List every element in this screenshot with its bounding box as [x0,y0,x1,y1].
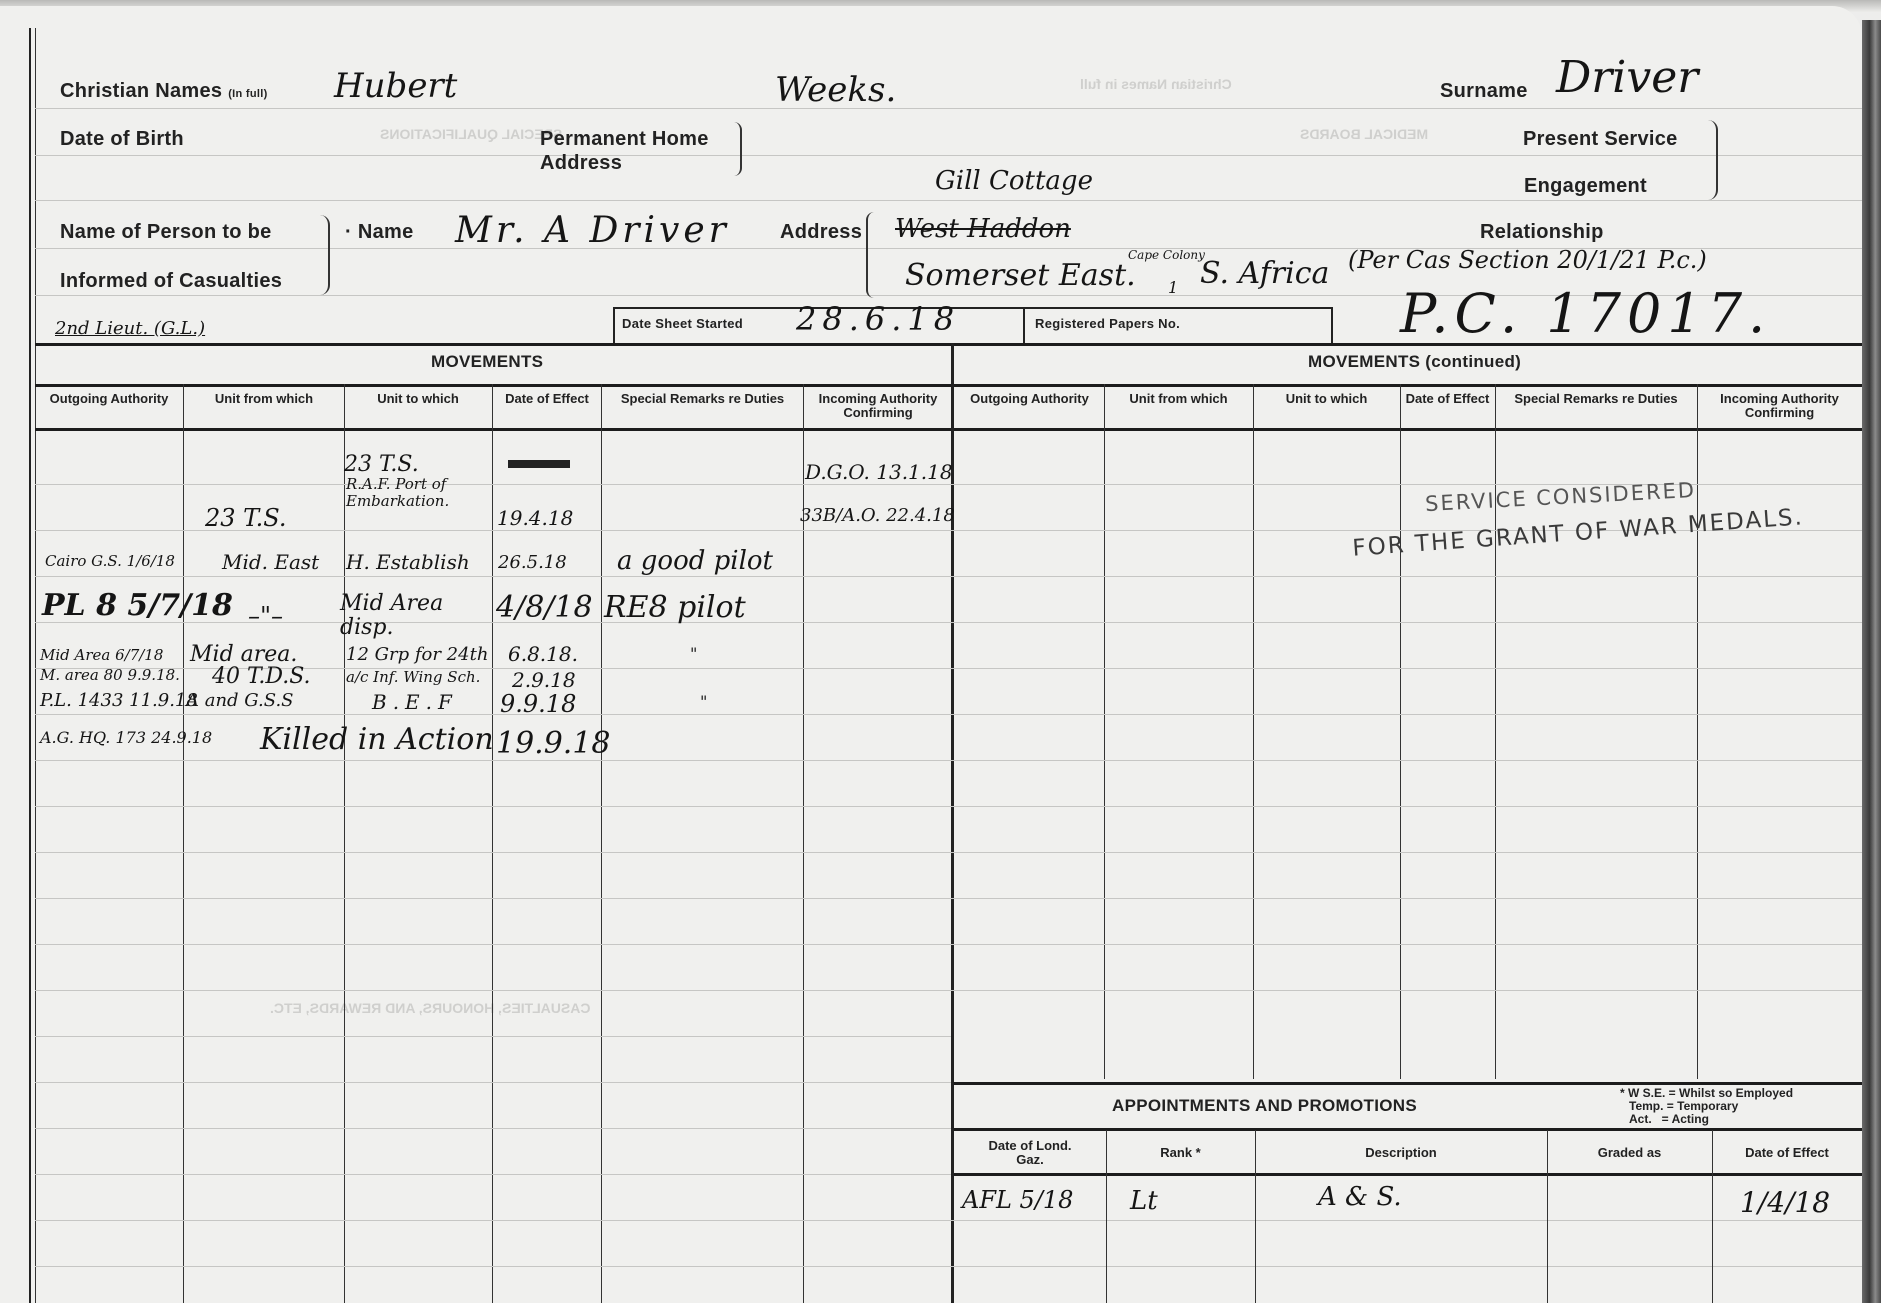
col-header-incoming: Incoming Authority Confirming [1697,392,1862,420]
col-header-graded: Graded as [1547,1146,1712,1160]
movement-unit-from: –"– [248,602,283,630]
brace [1708,120,1718,200]
movement-unit-from: Mid. East [222,550,319,574]
movement-remarks: " [690,644,697,663]
movement-remarks: RE8 pilot [604,590,746,625]
surname-label: Surname [1440,80,1528,103]
address-line-2: Somerset East. [905,258,1136,293]
brace [734,122,742,176]
movement-outgoing: A.G. HQ. 173 24.9.18 [40,728,212,747]
row-rule [35,714,1862,715]
row-rule [35,1082,951,1083]
col-header-incoming: Incoming Authority Confirming [805,392,951,420]
rank-legend: * W S.E. = Whilst so Employed Temp. = Te… [1620,1087,1793,1126]
movement-unit-to: Mid Area disp. [340,592,480,640]
surname-value: Driver [1556,52,1698,103]
name-label: · Name [345,221,414,244]
movements-title: MOVEMENTS [431,352,543,372]
address-struck: West Haddon [895,214,1071,244]
ghost-text: SPECIAL QUALIFICATIONS [380,126,562,142]
col-divider [601,384,602,1303]
registered-papers-label: Registered Papers No. [1035,316,1180,331]
row-rule [35,1266,1862,1267]
col-header-rank: Rank * [1106,1146,1255,1160]
registered-papers-value: P.C. 17017. [1400,282,1771,345]
row-rule [35,1128,951,1129]
movement-remarks: " [700,692,707,711]
christian-names-value: Hubert [334,66,457,106]
col-divider [1253,384,1254,1079]
address-line-2-cont: S. Africa [1200,256,1329,291]
appointments-rule [954,1173,1862,1176]
row-rule [35,1174,951,1175]
movement-date: 2.9.18 [512,668,576,692]
movement-unit-from: 23 T.S. [205,504,287,532]
appointments-rule [954,1082,1862,1085]
col-divider [1104,384,1105,1079]
movement-date: 4/8/18 [496,590,593,625]
movement-outgoing: Cairo G.S. 1/6/18 [45,552,175,570]
movement-unit-to: B.E.F [372,690,458,714]
ghost-text: Christian Names in full [1080,76,1232,92]
appointment-gazette: AFL 5/18 [962,1186,1073,1214]
date-of-birth-label: Date of Birth [60,128,184,151]
section-rule [35,343,1862,346]
table-rule [35,428,951,431]
name-value: Mr. A Driver [455,210,730,251]
movement-remarks: a good pilot [617,546,773,576]
center-divider [951,343,954,1303]
relationship-label: Relationship [1480,221,1604,244]
address-subscript: 1 [1168,278,1178,297]
movement-unit-to: H. Establish [346,550,470,574]
movement-unit-to: R.A.F. Port of Embarkation. [346,476,466,510]
col-header-remarks: Special Remarks re Duties [1495,392,1697,406]
ghost-text: CASUALTIES, HONOURS, AND REWARDS, ETC. [270,1000,590,1016]
engagement-label: Engagement [1524,175,1647,198]
movement-outgoing: PL 8 5/7/18 [42,588,233,623]
movement-killed-in-action: Killed in Action [260,722,494,757]
row-rule [35,1036,951,1037]
table-rule [35,384,951,387]
header-rule [35,155,1862,156]
movement-unit-to: a/c Inf. Wing Sch. [346,668,480,686]
movement-unit-from: A and G.S.S [186,690,294,711]
col-divider [1697,384,1698,1079]
movement-outgoing: M. area 80 9.9.18. [40,666,180,684]
movement-date: 6.8.18. [508,642,578,666]
row-rule [35,760,1862,761]
movement-unit-to: 23 T.S. [344,452,419,477]
permanent-home-label: Permanent Home [540,128,709,151]
christian-names-label: Christian Names (In full) [60,80,268,103]
col-header-date-effect: Date of Effect [1712,1146,1862,1160]
row-rule [35,576,1862,577]
row-rule [35,622,1862,623]
row-rule [35,852,1862,853]
table-rule [954,428,1862,431]
col-divider [344,384,345,1303]
movement-date: 19.4.18 [497,506,573,530]
address-superscript: Cape Colony [1128,248,1205,262]
person-informed-label: Name of Person to be [60,221,272,244]
binding-edge [1862,20,1881,1303]
appointment-date: 1/4/18 [1740,1186,1830,1219]
movement-outgoing: P.L. 1433 11.9.18 [40,690,198,711]
row-rule [35,944,1862,945]
movement-outgoing: Mid Area 6/7/18 [40,646,163,664]
address-note: (Per Cas Section 20/1/21 P.c.) [1348,246,1707,274]
movement-incoming: D.G.O. 13.1.18 [805,460,953,484]
divider [1023,309,1025,343]
col-header-unit-from: Unit from which [200,392,328,406]
appointment-rank: Lt [1130,1186,1158,1216]
ghost-text: MEDICAL BOARDS [1300,126,1428,142]
col-header-remarks: Special Remarks re Duties [615,392,790,406]
christian-names-value-2: Weeks. [775,70,896,110]
date-sheet-started-label: Date Sheet Started [622,316,743,331]
movement-date-struck [508,460,570,468]
present-service-label: Present Service [1523,128,1678,151]
address-label: Address [780,221,862,244]
col-divider [1400,384,1401,1079]
movements-continued-title: MOVEMENTS (continued) [1308,352,1521,372]
col-header-outgoing: Outgoing Authority [35,392,183,406]
col-header-unit-to: Unit to which [1253,392,1400,406]
movement-unit-from: 40 T.D.S. [212,664,311,689]
col-header-outgoing: Outgoing Authority [955,392,1104,406]
table-rule [954,384,1862,387]
appointments-title: APPOINTMENTS AND PROMOTIONS [1112,1096,1417,1116]
brace [320,215,330,295]
row-rule [35,806,1862,807]
left-border-outer [29,28,31,1303]
movement-date: 19.9.18 [496,726,611,761]
movement-date: 26.5.18 [498,552,567,573]
col-header-gazette: Date of Lond. Gaz. [980,1139,1080,1167]
address-line-0: Gill Cottage [935,166,1093,196]
row-rule [35,1220,1862,1221]
legend-act: Act. = Acting [1620,1113,1793,1126]
header-rule [35,108,1862,109]
col-divider [183,384,184,1303]
date-sheet-started-value: 28.6.18 [796,300,960,338]
person-informed-label-2: Informed of Casualties [60,270,282,293]
movement-date: 9.9.18 [500,690,576,718]
col-divider [492,384,493,1303]
col-header-description: Description [1255,1146,1547,1160]
col-header-unit-to: Unit to which [362,392,474,406]
brace [866,212,874,298]
header-rule [35,200,1862,201]
rank-note: 2nd Lieut. (G.L.) [55,318,205,339]
appointment-description: A & S. [1318,1182,1402,1212]
movement-unit-to: 12 Grp for 24th [346,644,488,665]
movement-incoming: 33B/A.O. 22.4.18 [800,505,955,526]
left-border-inner [35,28,36,1303]
col-header-date: Date of Effect [505,392,589,406]
row-rule [35,898,1862,899]
col-header-date: Date of Effect [1400,392,1495,406]
permanent-home-label-2: Address [540,152,622,175]
appointments-rule [954,1128,1862,1131]
col-header-unit-from: Unit from which [1104,392,1253,406]
row-rule [35,990,1862,991]
